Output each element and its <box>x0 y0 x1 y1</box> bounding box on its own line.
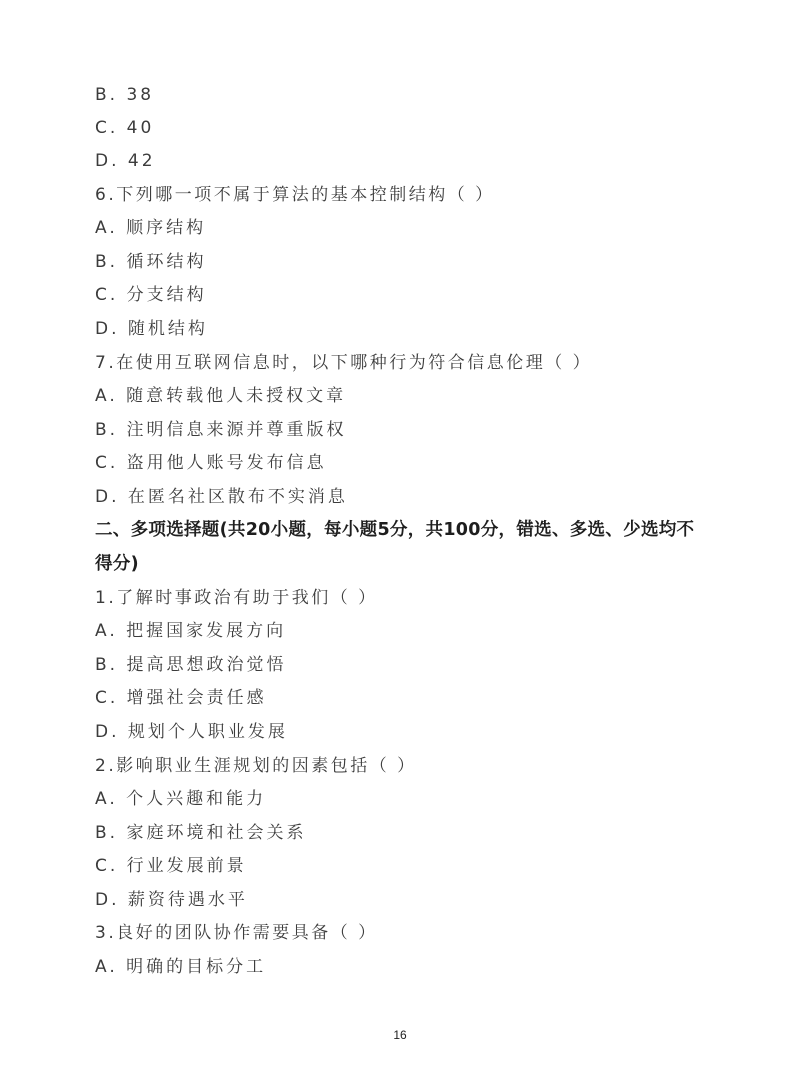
section-heading: 二、多项选择题(共20小题，每小题5分，共100分，错选、多选、少选均不 <box>95 519 694 541</box>
question-text: 3.良好的团队协作需要具备（ ） <box>95 922 378 944</box>
answer-option: A. 明确的目标分工 <box>95 956 266 978</box>
answer-option: A. 把握国家发展方向 <box>95 620 286 642</box>
answer-option: D. 随机结构 <box>95 318 208 340</box>
question-text: 6.下列哪一项不属于算法的基本控制结构（ ） <box>95 184 495 206</box>
answer-option: A. 随意转载他人未授权文章 <box>95 385 346 407</box>
answer-option: D. 42 <box>95 150 156 172</box>
answer-option: C. 40 <box>95 117 154 139</box>
answer-option: D. 在匿名社区散布不实消息 <box>95 486 348 508</box>
page-number: 16 <box>0 1027 800 1043</box>
question-text: 7.在使用互联网信息时，以下哪种行为符合信息伦理（ ） <box>95 352 592 374</box>
answer-option: C. 增强社会责任感 <box>95 687 267 709</box>
document-page: B. 38C. 40D. 426.下列哪一项不属于算法的基本控制结构（ ）A. … <box>0 0 800 1067</box>
answer-option: B. 38 <box>95 84 154 106</box>
answer-option: A. 顺序结构 <box>95 217 206 239</box>
answer-option: B. 家庭环境和社会关系 <box>95 822 306 844</box>
section-heading-continued: 得分) <box>95 553 139 575</box>
answer-option: B. 循环结构 <box>95 251 206 273</box>
answer-option: D. 薪资待遇水平 <box>95 889 248 911</box>
answer-option: B. 注明信息来源并尊重版权 <box>95 419 346 441</box>
answer-option: C. 盗用他人账号发布信息 <box>95 452 327 474</box>
question-text: 1.了解时事政治有助于我们（ ） <box>95 587 378 609</box>
question-text: 2.影响职业生涯规划的因素包括（ ） <box>95 755 417 777</box>
answer-option: C. 行业发展前景 <box>95 855 247 877</box>
answer-option: C. 分支结构 <box>95 284 207 306</box>
answer-option: A. 个人兴趣和能力 <box>95 788 266 810</box>
answer-option: D. 规划个人职业发展 <box>95 721 288 743</box>
answer-option: B. 提高思想政治觉悟 <box>95 654 286 676</box>
